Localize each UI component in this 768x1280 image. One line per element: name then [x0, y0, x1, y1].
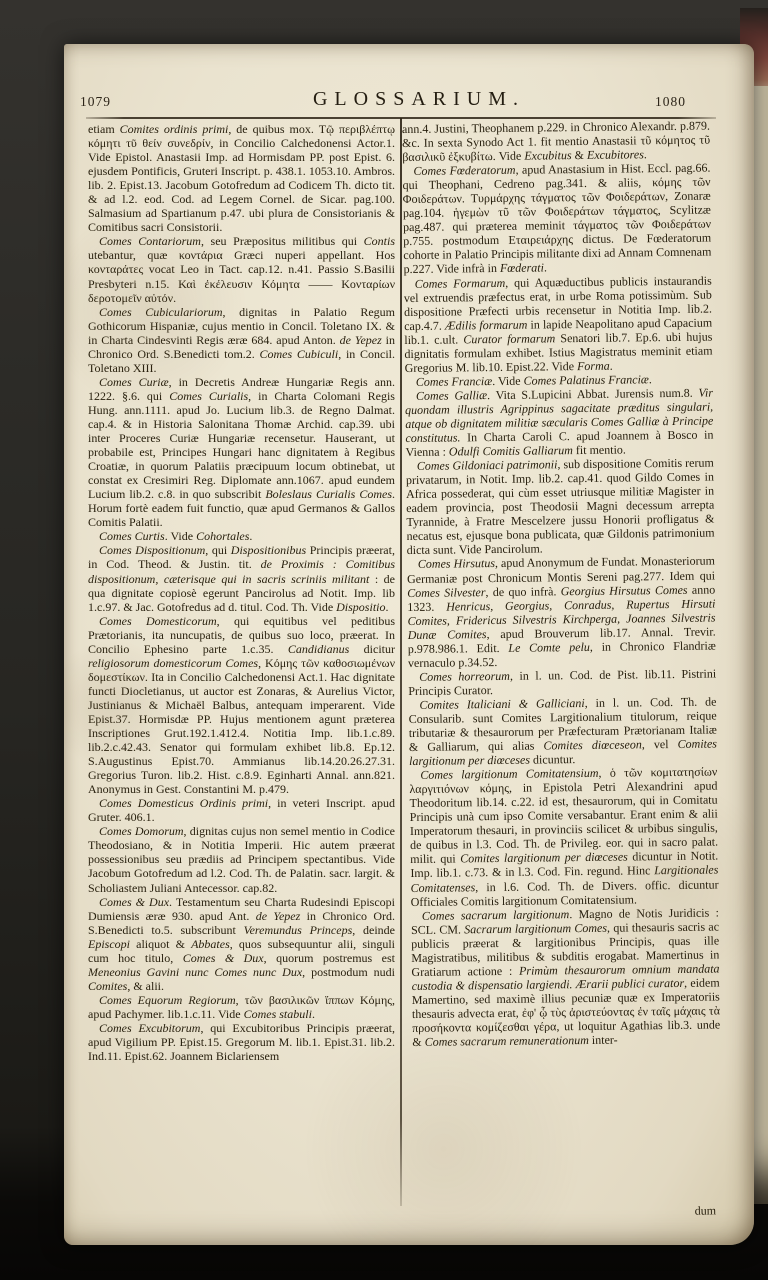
glossary-paragraph: Comes Domesticus Ordinis primi, in veter… — [88, 796, 395, 824]
glossary-paragraph: Comes Curtis. Vide Cohortales. — [88, 529, 395, 543]
page-number-right: 1080 — [655, 94, 686, 110]
glossary-paragraph: Comes Hirsutus, apud Anonymum de Fundat.… — [407, 554, 716, 670]
left-text-column: etiam Comites ordinis primi, de quibus m… — [88, 122, 395, 1202]
right-text-column: ann.4. Justini, Theophanem p.229. in Chr… — [402, 119, 722, 1202]
glossary-paragraph: Comes Equorum Regiorum, τῶν βασιλικῶν ἵπ… — [88, 993, 395, 1021]
glossary-paragraph: Comes Domorum, dignitas cujus non semel … — [88, 824, 395, 894]
glossary-paragraph: Comes Domesticorum, qui equitibus vel pe… — [88, 614, 395, 797]
glossary-paragraph: Comes sacrarum largitionum. Magno de Not… — [411, 905, 721, 1049]
glossary-paragraph: Comes Cubiculariorum, dignitas in Palati… — [88, 305, 395, 375]
running-title: GLOSSARIUM. — [64, 88, 754, 111]
glossary-paragraph: Comes Galliæ. Vita S.Lupicini Abbat. Jur… — [405, 385, 714, 459]
glossary-paragraph: Comes Curiæ, in Decretis Andreæ Hungariæ… — [88, 375, 395, 530]
glossary-paragraph: Comes Formarum, qui Aquæductibus publici… — [404, 273, 713, 375]
glossary-paragraph: Comes Excubitorum, qui Excubitoribus Pri… — [88, 1021, 395, 1063]
column-divider-rule — [400, 118, 402, 1206]
glossary-paragraph: Comites Italiciani & Galliciani, in l. u… — [408, 694, 717, 768]
catchword: dum — [624, 1203, 716, 1219]
glossary-paragraph: Comes Fœderatorum, apud Anastasium in Hi… — [402, 161, 711, 277]
glossary-paragraph: Comes horreorum, in l. un. Cod. de Pist.… — [408, 666, 716, 698]
glossary-paragraph: Comes & Dux. Testamentum seu Charta Rude… — [88, 895, 395, 993]
glossary-paragraph: ann.4. Justini, Theophanem p.229. in Chr… — [402, 119, 710, 165]
glossary-paragraph: Comes largitionum Comitatensium, ὁ τῶν κ… — [409, 765, 719, 909]
glossary-paragraph: etiam Comites ordinis primi, de quibus m… — [88, 122, 395, 234]
book-photo-background: 1079 GLOSSARIUM. 1080 etiam Comites ordi… — [0, 0, 768, 1280]
glossary-paragraph: Comes Gildoniaci patrimonii, sub disposi… — [406, 456, 715, 558]
glossary-paragraph: Comes Dispositionum, qui Dispositionibus… — [88, 543, 395, 613]
book-page: 1079 GLOSSARIUM. 1080 etiam Comites ordi… — [64, 44, 754, 1245]
glossary-paragraph: Comes Contariorum, seu Præpositus militi… — [88, 234, 395, 304]
